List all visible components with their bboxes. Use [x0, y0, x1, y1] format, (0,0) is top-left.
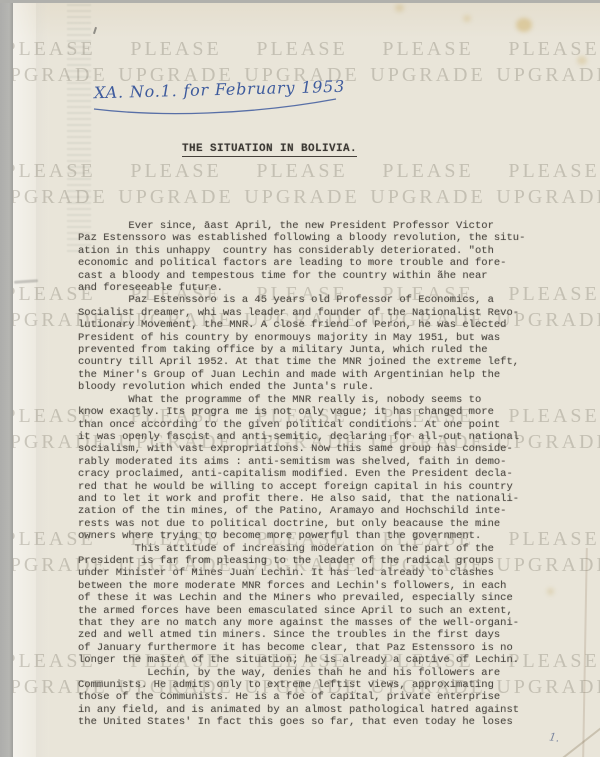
- watermark-text: PLEASEUPGRADE: [365, 36, 491, 88]
- watermark-text: PLEASEUPGRADE: [239, 158, 365, 210]
- paper-stain: [516, 18, 532, 32]
- scan-edge-left: [0, 0, 13, 757]
- document-title: THE SITUATION IN BOLIVIA.: [182, 143, 357, 157]
- watermark-text: PLEASEUPGRADE: [0, 158, 113, 210]
- paper-stain: [395, 4, 404, 12]
- handwritten-underline: [90, 96, 342, 118]
- watermark-text: PLEASEUPGRADE: [113, 158, 239, 210]
- document-body-text: Ever since, āast April, the new Presiden…: [78, 220, 538, 729]
- paper-stain: [463, 15, 471, 22]
- paper-stain: [547, 588, 554, 595]
- page-number: 1.: [548, 730, 560, 744]
- paper-stain: [577, 56, 587, 65]
- watermark-text: PLEASEUPGRADE: [0, 36, 113, 88]
- scan-edge-top: [0, 0, 600, 3]
- watermark-text: PLEASEUPGRADE: [491, 158, 600, 210]
- scanned-document-page: PLEASEUPGRADEPLEASEUPGRADEPLEASEUPGRADEP…: [0, 0, 600, 757]
- watermark-text: PLEASEUPGRADE: [365, 158, 491, 210]
